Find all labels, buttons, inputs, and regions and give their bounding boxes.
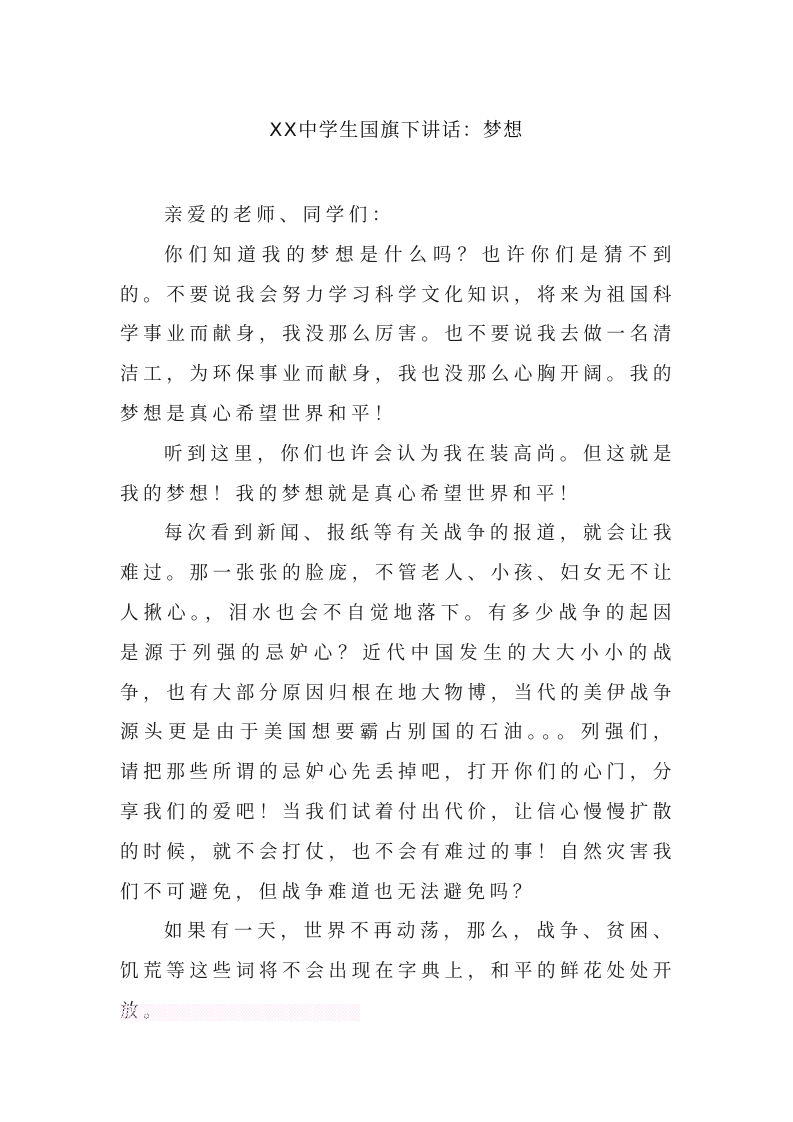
body-paragraph: 听到这里，你们也许会认为我在装高尚。但这就是我的梦想！我的梦想就是真心希望世界和… xyxy=(120,435,676,515)
salutation-paragraph: 亲爱的老师、同学们： xyxy=(120,196,676,236)
document-title: XX中学生国旗下讲话：梦想 xyxy=(0,117,793,143)
body-paragraph: 每次看到新闻、报纸等有关战争的报道，就会让我难过。那一张张的脸庞，不管老人、小孩… xyxy=(120,514,676,912)
footer-watermark: ▒▒▒▒▒▒▒▒▒▒▒▒▒▒▒▒▒▒▒▒ xyxy=(120,1004,365,1022)
document-body: 亲爱的老师、同学们： 你们知道我的梦想是什么吗？也许你们是猜不到的。不要说我会努… xyxy=(120,196,676,1032)
document-page: XX中学生国旗下讲话：梦想 亲爱的老师、同学们： 你们知道我的梦想是什么吗？也许… xyxy=(0,0,793,1122)
body-paragraph: 你们知道我的梦想是什么吗？也许你们是猜不到的。不要说我会努力学习科学文化知识，将… xyxy=(120,236,676,435)
